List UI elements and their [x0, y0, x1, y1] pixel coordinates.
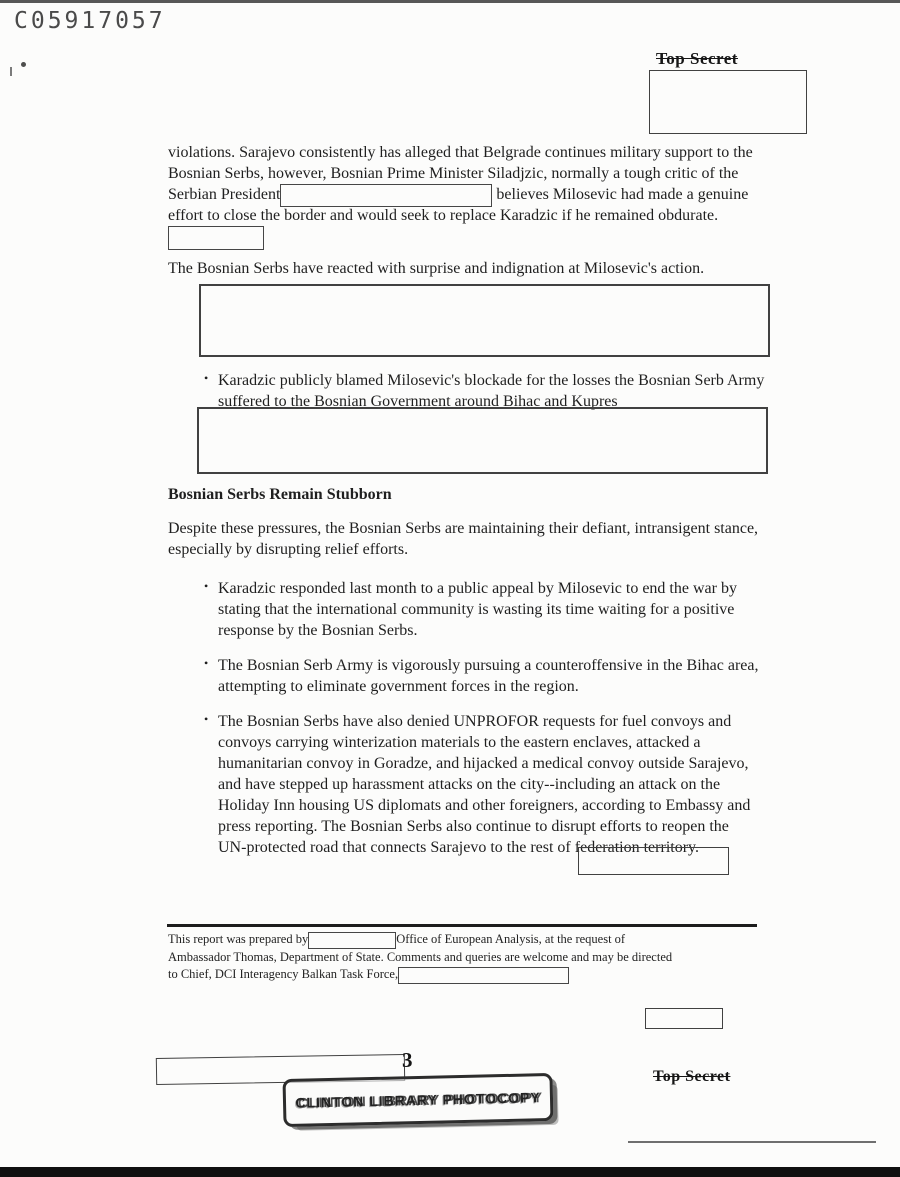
text-run: This report was prepared by — [168, 932, 308, 946]
footer-divider-line — [167, 924, 757, 927]
paragraph-serb-reaction: The Bosnian Serbs have reacted with surp… — [168, 258, 808, 279]
redaction-box — [398, 967, 569, 984]
scan-speck — [10, 67, 12, 76]
classification-marking-top: Top Secret — [656, 49, 738, 69]
redaction-box — [280, 184, 492, 207]
redaction-box — [578, 847, 729, 875]
scan-edge-artifact-top — [0, 0, 900, 3]
scan-speck — [21, 62, 26, 67]
clinton-library-stamp: CLINTON LIBRARY PHOTOCOPY — [282, 1073, 553, 1127]
redaction-box — [199, 284, 770, 357]
bullet-unprofor-denials: The Bosnian Serbs have also denied UNPRO… — [218, 711, 758, 858]
stamp-text: CLINTON LIBRARY PHOTOCOPY — [295, 1089, 541, 1111]
classification-marking-bottom: Top Secret — [653, 1068, 730, 1086]
bullet-karadzic-response: Karadzic responded last month to a publi… — [218, 578, 766, 641]
redaction-box — [649, 70, 807, 134]
bullet-karadzic-blame: Karadzic publicly blamed Milosevic's blo… — [218, 370, 766, 412]
scan-edge-artifact-bottom — [0, 1167, 900, 1177]
redaction-box — [197, 407, 768, 474]
footer-preparation-note: This report was prepared byOffice of Eur… — [168, 931, 673, 984]
redaction-box — [308, 932, 396, 949]
paragraph-despite-pressures: Despite these pressures, the Bosnian Ser… — [168, 518, 768, 560]
section-heading: Bosnian Serbs Remain Stubborn — [168, 486, 392, 504]
page-number: 3 — [402, 1048, 413, 1073]
paragraph-milosevic-border: violations. Sarajevo consistently has al… — [168, 142, 763, 248]
bullet-serb-army-counteroffensive: The Bosnian Serb Army is vigorously purs… — [218, 655, 766, 697]
redaction-box — [168, 226, 264, 250]
document-id: C05917057 — [14, 8, 166, 34]
redaction-box — [645, 1008, 723, 1029]
signature-line — [628, 1141, 876, 1143]
